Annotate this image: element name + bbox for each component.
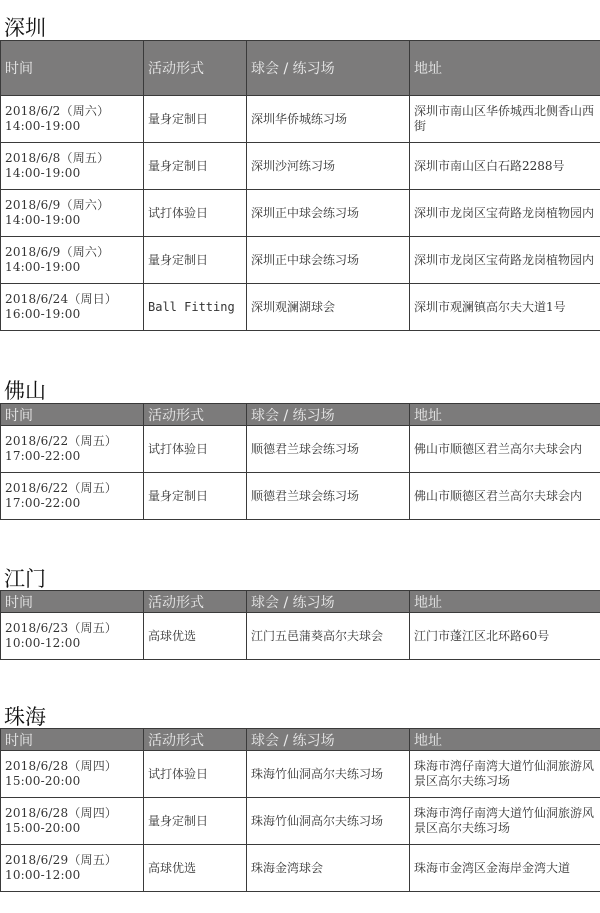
cell-address: 珠海市湾仔南湾大道竹仙洞旅游风景区高尔夫练习场 <box>410 751 600 798</box>
table-row: 2018/6/24（周日）16:00-19:00 Ball Fitting 深圳… <box>1 284 600 331</box>
time-text: 14:00-19:00 <box>5 119 80 133</box>
cell-activity: 量身定制日 <box>144 798 247 845</box>
schedule-table-foshan: 时间 活动形式 球会 / 练习场 地址 2018/6/22（周五）17:00-2… <box>0 403 600 520</box>
table-row: 2018/6/8（周五）14:00-19:00 量身定制日 深圳沙河练习场 深圳… <box>1 143 600 190</box>
date-text: 2018/6/29（周五） <box>5 853 117 867</box>
header-time: 时间 <box>1 729 144 751</box>
cell-venue: 深圳正中球会练习场 <box>247 190 410 237</box>
cell-time: 2018/6/9（周六）14:00-19:00 <box>1 237 144 284</box>
city-title-foshan: 佛山 <box>4 379 46 403</box>
time-text: 16:00-19:00 <box>5 307 80 321</box>
cell-activity: 量身定制日 <box>144 143 247 190</box>
table-row: 2018/6/23（周五）10:00-12:00 高球优选 江门五邑蒲葵高尔夫球… <box>1 613 600 660</box>
cell-time: 2018/6/8（周五）14:00-19:00 <box>1 143 144 190</box>
date-text: 2018/6/2（周六） <box>5 104 109 118</box>
cell-address: 佛山市顺德区君兰高尔夫球会内 <box>410 473 600 520</box>
cell-venue: 深圳沙河练习场 <box>247 143 410 190</box>
header-time: 时间 <box>1 404 144 426</box>
date-text: 2018/6/9（周六） <box>5 245 109 259</box>
cell-time: 2018/6/22（周五）17:00-22:00 <box>1 426 144 473</box>
table-header-row: 时间 活动形式 球会 / 练习场 地址 <box>1 404 600 426</box>
cell-activity: 量身定制日 <box>144 237 247 284</box>
table-header-row: 时间 活动形式 球会 / 练习场 地址 <box>1 729 600 751</box>
header-activity: 活动形式 <box>144 41 247 96</box>
header-address: 地址 <box>410 729 600 751</box>
header-address: 地址 <box>410 591 600 613</box>
cell-activity: 高球优选 <box>144 845 247 892</box>
cell-address: 珠海市湾仔南湾大道竹仙洞旅游风景区高尔夫练习场 <box>410 798 600 845</box>
schedule-table-zhuhai: 时间 活动形式 球会 / 练习场 地址 2018/6/28（周四）15:00-2… <box>0 728 600 892</box>
cell-venue: 深圳正中球会练习场 <box>247 237 410 284</box>
table-row: 2018/6/22（周五）17:00-22:00 试打体验日 顺德君兰球会练习场… <box>1 426 600 473</box>
header-venue: 球会 / 练习场 <box>247 729 410 751</box>
city-title-zhuhai: 珠海 <box>4 705 46 729</box>
date-text: 2018/6/22（周五） <box>5 481 117 495</box>
cell-time: 2018/6/2（周六）14:00-19:00 <box>1 96 144 143</box>
cell-address: 深圳市南山区白石路2288号 <box>410 143 600 190</box>
time-text: 10:00-12:00 <box>5 636 80 650</box>
table-row: 2018/6/28（周四）15:00-20:00 试打体验日 珠海竹仙洞高尔夫练… <box>1 751 600 798</box>
time-text: 10:00-12:00 <box>5 868 80 882</box>
cell-address: 深圳市龙岗区宝荷路龙岗植物园内 <box>410 237 600 284</box>
table-row: 2018/6/22（周五）17:00-22:00 量身定制日 顺德君兰球会练习场… <box>1 473 600 520</box>
schedule-table-jiangmen: 时间 活动形式 球会 / 练习场 地址 2018/6/23（周五）10:00-1… <box>0 590 600 660</box>
time-text: 15:00-20:00 <box>5 821 80 835</box>
table-row: 2018/6/2（周六）14:00-19:00 量身定制日 深圳华侨城练习场 深… <box>1 96 600 143</box>
date-text: 2018/6/8（周五） <box>5 151 109 165</box>
date-text: 2018/6/9（周六） <box>5 198 109 212</box>
cell-activity: 高球优选 <box>144 613 247 660</box>
date-text: 2018/6/24（周日） <box>5 292 117 306</box>
cell-activity: Ball Fitting <box>144 284 247 331</box>
table-row: 2018/6/29（周五）10:00-12:00 高球优选 珠海金湾球会 珠海市… <box>1 845 600 892</box>
cell-time: 2018/6/28（周四）15:00-20:00 <box>1 798 144 845</box>
time-text: 14:00-19:00 <box>5 166 80 180</box>
header-venue: 球会 / 练习场 <box>247 404 410 426</box>
cell-venue: 顺德君兰球会练习场 <box>247 426 410 473</box>
header-time: 时间 <box>1 41 144 96</box>
cell-activity: 量身定制日 <box>144 96 247 143</box>
header-address: 地址 <box>410 404 600 426</box>
header-venue: 球会 / 练习场 <box>247 41 410 96</box>
cell-address: 深圳市龙岗区宝荷路龙岗植物园内 <box>410 190 600 237</box>
cell-venue: 顺德君兰球会练习场 <box>247 473 410 520</box>
date-text: 2018/6/23（周五） <box>5 621 117 635</box>
table-header-row: 时间 活动形式 球会 / 练习场 地址 <box>1 41 600 96</box>
cell-activity: 试打体验日 <box>144 751 247 798</box>
cell-activity: 试打体验日 <box>144 190 247 237</box>
cell-venue: 深圳华侨城练习场 <box>247 96 410 143</box>
cell-address: 深圳市南山区华侨城西北侧香山西街 <box>410 96 600 143</box>
cell-time: 2018/6/28（周四）15:00-20:00 <box>1 751 144 798</box>
table-header-row: 时间 活动形式 球会 / 练习场 地址 <box>1 591 600 613</box>
header-activity: 活动形式 <box>144 404 247 426</box>
cell-time: 2018/6/9（周六）14:00-19:00 <box>1 190 144 237</box>
cell-activity: 量身定制日 <box>144 473 247 520</box>
table-row: 2018/6/9（周六）14:00-19:00 量身定制日 深圳正中球会练习场 … <box>1 237 600 284</box>
time-text: 17:00-22:00 <box>5 496 80 510</box>
cell-venue: 珠海金湾球会 <box>247 845 410 892</box>
header-activity: 活动形式 <box>144 591 247 613</box>
cell-venue: 深圳观澜湖球会 <box>247 284 410 331</box>
date-text: 2018/6/22（周五） <box>5 434 117 448</box>
header-address: 地址 <box>410 41 600 96</box>
cell-address: 佛山市顺德区君兰高尔夫球会内 <box>410 426 600 473</box>
date-text: 2018/6/28（周四） <box>5 759 117 773</box>
city-title-shenzhen: 深圳 <box>4 16 46 40</box>
cell-time: 2018/6/22（周五）17:00-22:00 <box>1 473 144 520</box>
cell-address: 深圳市观澜镇高尔夫大道1号 <box>410 284 600 331</box>
city-title-jiangmen: 江门 <box>4 567 46 591</box>
time-text: 14:00-19:00 <box>5 260 80 274</box>
time-text: 14:00-19:00 <box>5 213 80 227</box>
cell-venue: 珠海竹仙洞高尔夫练习场 <box>247 751 410 798</box>
schedule-table-shenzhen: 时间 活动形式 球会 / 练习场 地址 2018/6/2（周六）14:00-19… <box>0 40 600 331</box>
cell-time: 2018/6/23（周五）10:00-12:00 <box>1 613 144 660</box>
cell-activity: 试打体验日 <box>144 426 247 473</box>
time-text: 17:00-22:00 <box>5 449 80 463</box>
cell-address: 江门市蓬江区北环路60号 <box>410 613 600 660</box>
cell-address: 珠海市金湾区金海岸金湾大道 <box>410 845 600 892</box>
header-venue: 球会 / 练习场 <box>247 591 410 613</box>
table-row: 2018/6/28（周四）15:00-20:00 量身定制日 珠海竹仙洞高尔夫练… <box>1 798 600 845</box>
table-row: 2018/6/9（周六）14:00-19:00 试打体验日 深圳正中球会练习场 … <box>1 190 600 237</box>
time-text: 15:00-20:00 <box>5 774 80 788</box>
date-text: 2018/6/28（周四） <box>5 806 117 820</box>
header-time: 时间 <box>1 591 144 613</box>
cell-time: 2018/6/29（周五）10:00-12:00 <box>1 845 144 892</box>
cell-venue: 珠海竹仙洞高尔夫练习场 <box>247 798 410 845</box>
header-activity: 活动形式 <box>144 729 247 751</box>
cell-time: 2018/6/24（周日）16:00-19:00 <box>1 284 144 331</box>
cell-venue: 江门五邑蒲葵高尔夫球会 <box>247 613 410 660</box>
